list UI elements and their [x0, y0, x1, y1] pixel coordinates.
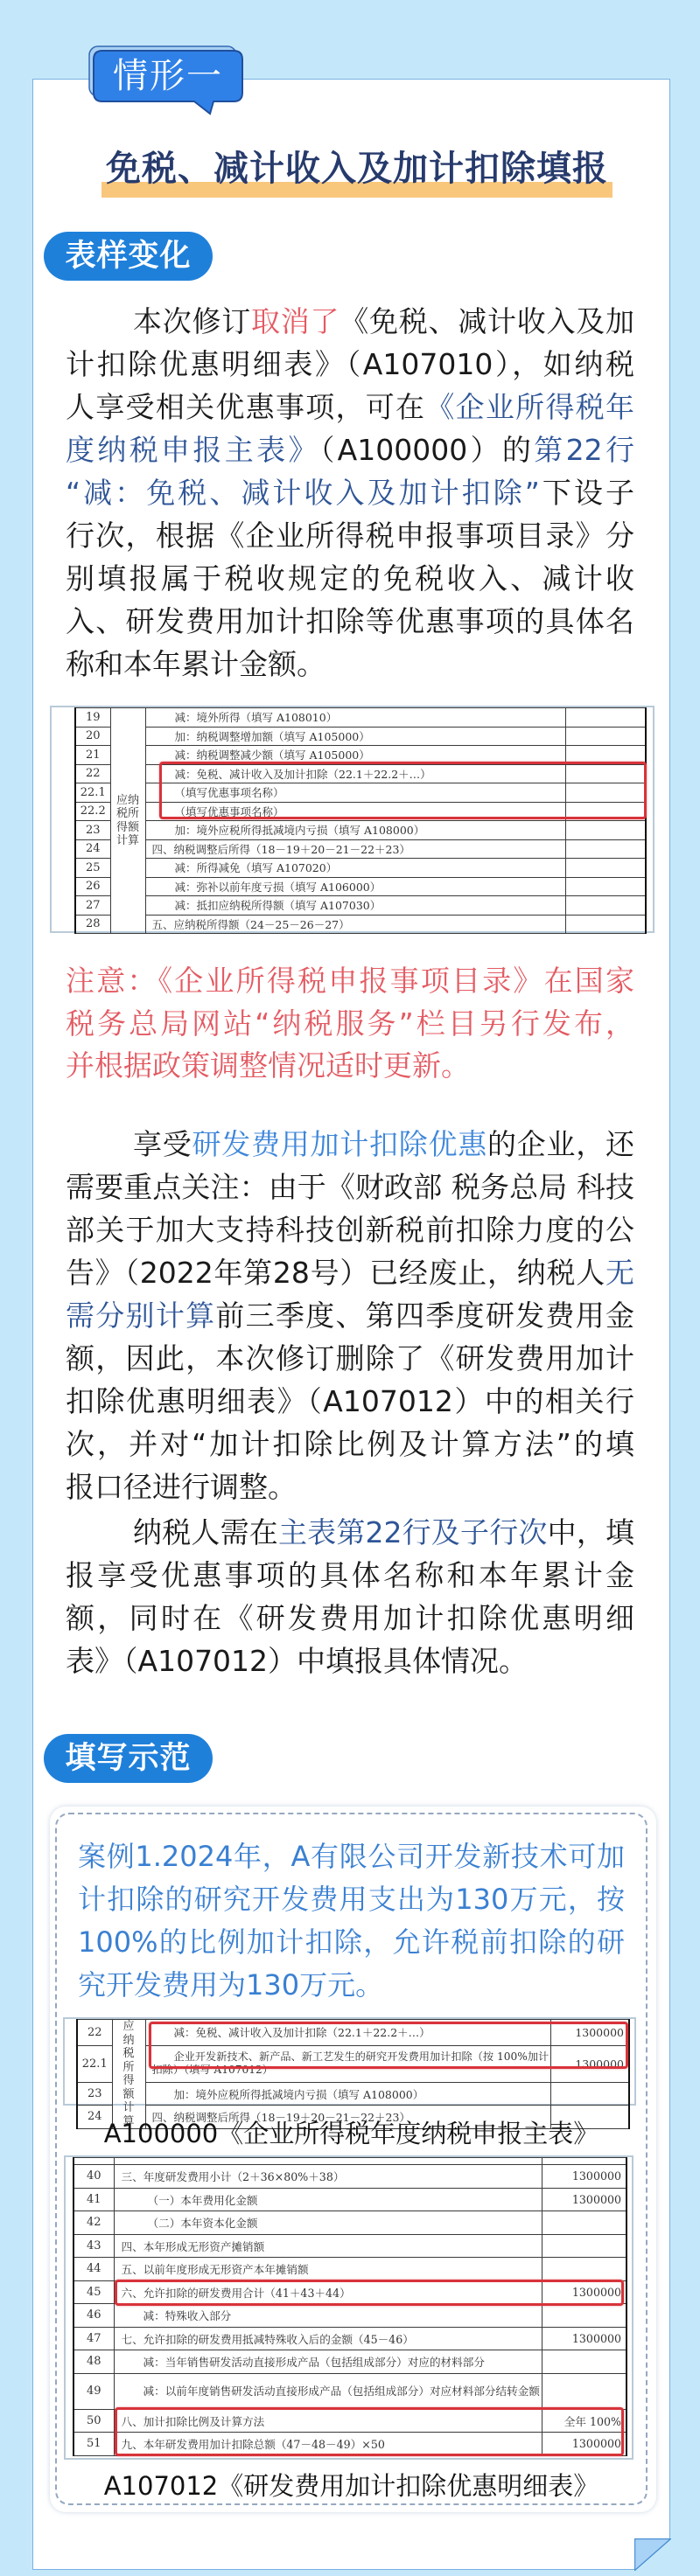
text-line: 税务总局网站“纳税服务”栏目另行发布， [66, 1003, 634, 1046]
row-number: 41 [73, 2188, 114, 2211]
text-segment: 纳税人需在 [133, 1515, 278, 1549]
text-segment: 报享受优惠事项的具体名称和本年累计金 [66, 1558, 634, 1592]
row-item: 加：境外应税所得抵减境内亏损（填写 A108000） [145, 821, 565, 840]
text-line: 额，因此，本次修订删除了《研发费用加计 [66, 1337, 634, 1380]
row-number: 45 [73, 2280, 114, 2304]
row-number: 47 [73, 2327, 114, 2350]
text-segment: 人享受相关优惠事项，可在 [66, 390, 425, 424]
text-line: 次，并对“加计扣除比例及计算方法”的填 [66, 1423, 634, 1466]
text-line: 需要重点关注：由于《财政部 税务总局 科技 [66, 1166, 634, 1208]
text-segment: 前三季度、第四季度研发费用金 [215, 1298, 634, 1333]
row-item: 减：境外所得（填写 A108010） [145, 708, 565, 728]
table-image-a107012-example: 40 三、年度研发费用小计（2＋36×80%＋38） 1300000 41 （一… [64, 2155, 633, 2460]
case-text: 究开发费用为130万元。 [78, 1968, 383, 2002]
row-value: 1300000 [542, 2165, 626, 2189]
table-row-partial [73, 2158, 626, 2165]
text-line: 入、研发费用加计扣除等优惠事项的具体名 [66, 600, 634, 643]
table-row: 48 减：当年销售研发活动直接形成产品（包括组成部分）对应的材料部分 [73, 2350, 626, 2374]
text-line: 称和本年累计金额。 [66, 643, 634, 686]
paragraph-form-change-intro: 本次修订取消了《免税、减计收入及加 计扣除优惠明细表》（A107010），如纳税… [66, 300, 634, 686]
row-number: 22 [75, 764, 110, 783]
text-line: 100%的比例加计扣除，允许税前扣除的研 [78, 1921, 625, 1964]
row-item: 四、纳税调整后所得（18－19＋20－21－22＋23） [145, 839, 565, 859]
row-item: 减：所得减免（填写 A107020） [145, 859, 565, 878]
table-row: 20 加：纳税调整增加额（填写 A105000） [75, 727, 646, 746]
table-row: 24 四、纳税调整后所得（18－19＋20－21－22＋23） [75, 839, 646, 859]
text-line: 享受研发费用加计扣除优惠的企业，还 [66, 1123, 634, 1166]
text-segment: 下设子 [540, 476, 634, 510]
row-item: 减：特殊收入部分 [114, 2304, 542, 2328]
section-label-text: 填写示范 [65, 1741, 191, 1776]
text-segment: （A100000）的 [320, 433, 534, 467]
table-row: 47 七、允许扣除的研发费用抵减特殊收入后的金额（45－46） 1300000 [73, 2327, 626, 2350]
tax-return-table: 19 应纳税所得额计算 减：境外所得（填写 A108010） 20 加：纳税调整… [74, 707, 647, 934]
row-item: 三、年度研发费用小计（2＋36×80%＋38） [114, 2165, 542, 2189]
page-title: 免税、减计收入及加计扣除填报 [101, 147, 612, 191]
row-number: 22.2 [75, 802, 110, 821]
section-badge: 情形一 [94, 51, 242, 101]
highlight-navy-text: 第22行 [534, 433, 634, 467]
table-row: 28 五、应纳税所得额（24－25－26－27） [75, 915, 646, 934]
text-segment: 《免税、减计收入及加 [339, 304, 634, 338]
text-line: 纳税人需在主表第22行及子行次中，填 [66, 1511, 634, 1554]
row-number: 25 [75, 859, 110, 878]
text-line: 部关于加大支持科技创新税前扣除力度的公 [66, 1208, 634, 1251]
row-value [565, 839, 646, 859]
row-number: 22.1 [77, 2045, 112, 2083]
row-number: 27 [75, 896, 110, 916]
row-number: 44 [73, 2258, 114, 2281]
table-row: 25 减：所得减免（填写 A107020） [75, 859, 646, 878]
table-row: 44 五、以前年度形成无形资产本年摊销额 [73, 2258, 626, 2281]
text-line: 报口径进行调整。 [66, 1466, 634, 1508]
row-value [565, 708, 646, 728]
row-value [565, 859, 646, 878]
text-line: 行次，根据《企业所得税申报事项目录》分 [66, 514, 634, 557]
section-label-text: 表样变化 [65, 239, 191, 274]
row-number: 42 [73, 2211, 114, 2235]
row-number: 24 [75, 839, 110, 859]
row-number: 51 [73, 2432, 114, 2455]
row-number: 26 [75, 877, 110, 896]
text-segment: 额，因此，本次修订删除了《研发费用加计 [66, 1341, 634, 1375]
text-segment: 本次修订 [133, 304, 251, 338]
text-line: 需分别计算前三季度、第四季度研发费用金 [66, 1294, 634, 1337]
table-row: 26 减：弥补以前年度亏损（填写 A106000） [75, 877, 646, 896]
highlight-box-row-22 [159, 762, 647, 819]
row-value [542, 2258, 626, 2281]
row-value [565, 896, 646, 916]
highlight-navy-text: 需分别计算 [66, 1298, 215, 1333]
row-item: 减：抵扣应纳税所得额（填写 A107030） [145, 896, 565, 916]
text-line: 计扣除优惠明细表》（A107010），如纳税 [66, 343, 634, 386]
text-line: 扣除优惠明细表》（A107012）中的相关行 [66, 1380, 634, 1423]
notice-text: 注意：《企业所得税申报事项目录》在国家 [66, 964, 634, 998]
row-item: 加：纳税调整增加额（填写 A105000） [145, 727, 565, 746]
row-number: 50 [73, 2409, 114, 2432]
notice-text: 并根据政策调整情况适时更新。 [66, 1048, 470, 1083]
text-segment: 报口径进行调整。 [66, 1470, 297, 1504]
row-number: 23 [75, 821, 110, 840]
text-segment: 表》（A107012）中填报具体情况。 [66, 1644, 528, 1678]
case-description: 案例1.2024年，A有限公司开发新技术可加 计扣除的研究开发费用支出为130万… [78, 1835, 625, 2007]
row-value [542, 2211, 626, 2235]
highlight-blue-text: 研发费用加计扣除优惠 [192, 1127, 488, 1161]
text-line: 表》（A107012）中填报具体情况。 [66, 1640, 634, 1682]
row-number: 22.1 [75, 783, 110, 803]
highlight-navy-text: 度纳税申报主表》 [66, 433, 320, 467]
row-item: 减：当年销售研发活动直接形成产品（包括组成部分）对应的材料部分 [114, 2350, 542, 2374]
row-number: 28 [75, 915, 110, 934]
text-segment: 需要重点关注：由于《财政部 税务总局 科技 [66, 1170, 634, 1204]
row-item: 四、本年形成无形资产摊销额 [114, 2234, 542, 2258]
row-item [114, 2158, 542, 2165]
notice-text: 税务总局网站“纳税服务”栏目另行发布， [66, 1006, 634, 1041]
highlight-navy-text: 《企业所得税年 [425, 390, 634, 424]
text-line: 报享受优惠事项的具体名称和本年累计金 [66, 1554, 634, 1597]
text-segment: 中，填 [548, 1515, 634, 1549]
row-number: 46 [73, 2304, 114, 2328]
section-label-form-change: 表样变化 [44, 232, 213, 281]
table-image-a100000-excerpt: 19 应纳税所得额计算 减：境外所得（填写 A108010） 20 加：纳税调整… [50, 706, 654, 933]
text-line: 别填报属于税收规定的免税收入、减计收 [66, 557, 634, 600]
table-row: 46 减：特殊收入部分 [73, 2304, 626, 2328]
case-text: 计扣除的研究开发费用支出为130万元，按 [78, 1883, 625, 1916]
row-item: 加：境外应税所得抵减境内亏损（填写 A108000） [145, 2083, 550, 2106]
row-value: 1300000 [542, 2188, 626, 2211]
highlight-navy-text: “减：免税、减计收入及加计扣除” [66, 476, 540, 510]
row-number: 43 [73, 2234, 114, 2258]
row-value: 1300000 [542, 2327, 626, 2350]
row-item: （二）本年资本化金额 [114, 2211, 542, 2235]
table-caption-a107012: A107012《研发费用加计扣除优惠明细表》 [55, 2468, 647, 2503]
row-value [542, 2304, 626, 2328]
row-number [73, 2158, 114, 2165]
row-number: 40 [73, 2165, 114, 2189]
highlight-box-rows-50-51 [115, 2407, 624, 2456]
highlight-box-row-22 [149, 2022, 628, 2069]
row-item: 减：弥补以前年度亏损（填写 A106000） [145, 877, 565, 896]
section-label-example: 填写示范 [44, 1734, 213, 1783]
highlight-navy-text: 无 [605, 1256, 634, 1290]
row-item: 五、以前年度形成无形资产本年摊销额 [114, 2258, 542, 2281]
text-line: 人享受相关优惠事项，可在《企业所得税年 [66, 386, 634, 428]
row-value [565, 915, 646, 934]
text-segment: 享受 [133, 1127, 192, 1161]
table-row: 41 （一）本年费用化金额 1300000 [73, 2188, 626, 2211]
table-row: 49 减：以前年度销售研发活动直接形成产品（包括组成部分）对应材料部分结转金额 [73, 2373, 626, 2409]
text-segment: 部关于加大支持科技创新税前扣除力度的公 [66, 1213, 634, 1247]
text-line: “减：免税、减计收入及加计扣除”下设子 [66, 471, 634, 514]
table-row: 40 三、年度研发费用小计（2＋36×80%＋38） 1300000 [73, 2165, 626, 2189]
text-segment: 行次，根据《企业所得税申报事项目录》分 [66, 519, 634, 553]
row-item: （一）本年费用化金额 [114, 2188, 542, 2211]
highlight-red-text: 取消了 [251, 304, 339, 338]
notice-paragraph: 注意：《企业所得税申报事项目录》在国家 税务总局网站“纳税服务”栏目另行发布， … [66, 960, 634, 1088]
text-segment: 别填报属于税收规定的免税收入、减计收 [66, 561, 634, 595]
row-value [542, 2234, 626, 2258]
text-line: 案例1.2024年，A有限公司开发新技术可加 [78, 1835, 625, 1878]
text-segment: 入、研发费用加计扣除等优惠事项的具体名 [66, 604, 634, 638]
case-text: 100%的比例加计扣除，允许税前扣除的研 [78, 1925, 625, 1959]
row-value [542, 2373, 626, 2409]
table-row: 23 加：境外应税所得抵减境内亏损（填写 A108000） [77, 2083, 629, 2106]
table-row: 27 减：抵扣应纳税所得额（填写 A107030） [75, 896, 646, 916]
text-segment: 称和本年累计金额。 [66, 647, 325, 681]
page-fold-corner-icon [634, 2538, 671, 2571]
text-line: 计扣除的研究开发费用支出为130万元，按 [78, 1878, 625, 1921]
row-item: 七、允许扣除的研发费用抵减特殊收入后的金额（45－46） [114, 2327, 542, 2350]
row-value [542, 2158, 626, 2165]
row-number: 20 [75, 727, 110, 746]
table-row: 19 应纳税所得额计算 减：境外所得（填写 A108010） [75, 708, 646, 728]
row-number: 22 [77, 2020, 112, 2046]
row-group-label: 应纳税所得额计算 [110, 708, 145, 934]
row-number: 48 [73, 2350, 114, 2374]
text-segment: 扣除优惠明细表》（A107012）中的相关行 [66, 1384, 634, 1418]
paragraph-rd-deduction: 享受研发费用加计扣除优惠的企业，还 需要重点关注：由于《财政部 税务总局 科技 … [66, 1123, 634, 1508]
text-line: 额，同时在《研发费用加计扣除优惠明细 [66, 1597, 634, 1640]
text-segment: 计扣除优惠明细表》（A107010），如纳税 [66, 347, 634, 381]
table-row: 42 （二）本年资本化金额 [73, 2211, 626, 2235]
text-line: 告》（2022年第28号）已经废止，纳税人无 [66, 1251, 634, 1294]
text-line: 本次修订取消了《免税、减计收入及加 [66, 300, 634, 343]
row-value [565, 877, 646, 896]
row-item: 五、应纳税所得额（24－25－26－27） [145, 915, 565, 934]
text-line: 并根据政策调整情况适时更新。 [66, 1045, 634, 1088]
highlight-box-row-45 [115, 2280, 624, 2306]
highlight-navy-text: 主表第22行及子行次 [278, 1515, 548, 1549]
table-row: 23 加：境外应税所得抵减境内亏损（填写 A108000） [75, 821, 646, 840]
paragraph-filing-instruction: 纳税人需在主表第22行及子行次中，填 报享受优惠事项的具体名称和本年累计金 额，… [66, 1511, 634, 1682]
text-segment: 额，同时在《研发费用加计扣除优惠明细 [66, 1601, 634, 1635]
text-segment: 次，并对“加计扣除比例及计算方法”的填 [66, 1427, 634, 1461]
row-value [542, 2350, 626, 2374]
text-segment: 的企业，还 [487, 1127, 634, 1161]
table-row: 43 四、本年形成无形资产摊销额 [73, 2234, 626, 2258]
row-number: 49 [73, 2373, 114, 2409]
text-line: 度纳税申报主表》（A100000）的第22行 [66, 428, 634, 471]
table-caption-a100000: A100000《企业所得税年度纳税申报主表》 [55, 2116, 647, 2151]
row-value [565, 821, 646, 840]
text-segment: 告》（2022年第28号）已经废止，纳税人 [66, 1256, 605, 1290]
case-text: 案例1.2024年，A有限公司开发新技术可加 [78, 1840, 625, 1873]
row-number: 19 [75, 708, 110, 728]
row-number: 23 [77, 2083, 112, 2106]
text-line: 注意：《企业所得税申报事项目录》在国家 [66, 960, 634, 1003]
text-line: 究开发费用为130万元。 [78, 1964, 625, 2007]
row-value [550, 2083, 629, 2106]
table-image-a100000-example: 22 应纳税所得额计算 减：免税、减计收入及加计扣除（22.1＋22.2＋…） … [63, 2017, 636, 2106]
row-value [565, 727, 646, 746]
page-title-block: 免税、减计收入及加计扣除填报 [101, 147, 612, 199]
row-group-label: 应纳税所得额计算 [112, 2020, 145, 2129]
row-item: 减：以前年度销售研发活动直接形成产品（包括组成部分）对应材料部分结转金额 [114, 2373, 542, 2409]
row-number: 21 [75, 746, 110, 765]
